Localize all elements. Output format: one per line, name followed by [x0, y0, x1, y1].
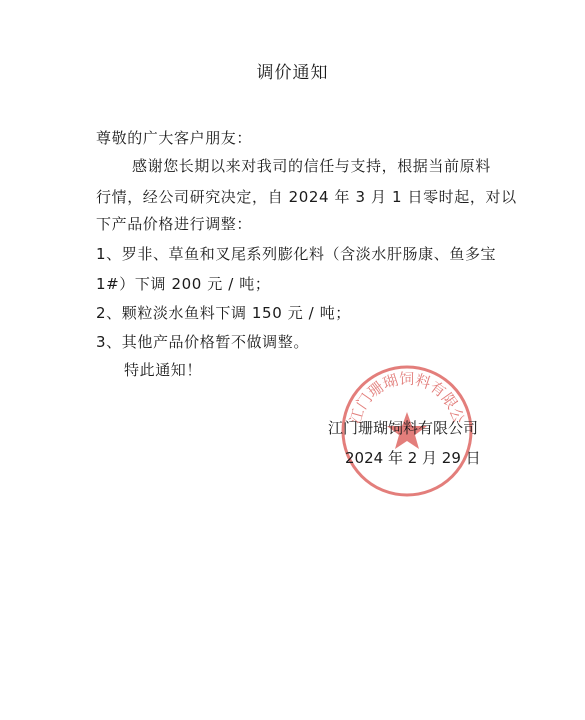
item-3: 3、其他产品价格暂不做调整。	[96, 331, 309, 352]
body-line-3: 下产品价格进行调整：	[96, 213, 252, 234]
closing: 特此通知！	[124, 359, 202, 380]
item-1-line-2: 1#）下调 200 元 / 吨；	[96, 273, 270, 294]
body-line-1: 感谢您长期以来对我司的信任与支持，根据当前原料	[132, 155, 491, 176]
item-1-line-1: 1、罗非、草鱼和叉尾系列膨化料（含淡水肝肠康、鱼多宝	[96, 243, 496, 264]
document-title: 调价通知	[0, 58, 585, 83]
salutation: 尊敬的广大客户朋友：	[96, 127, 252, 148]
body-line-2: 行情，经公司研究决定，自 2024 年 3 月 1 日零时起，对以	[96, 186, 517, 207]
signature-date: 2024 年 2 月 29 日	[345, 447, 481, 468]
item-2: 2、颗粒淡水鱼料下调 150 元 / 吨；	[96, 302, 351, 323]
company-name: 江门珊瑚饲料有限公司	[328, 417, 478, 438]
